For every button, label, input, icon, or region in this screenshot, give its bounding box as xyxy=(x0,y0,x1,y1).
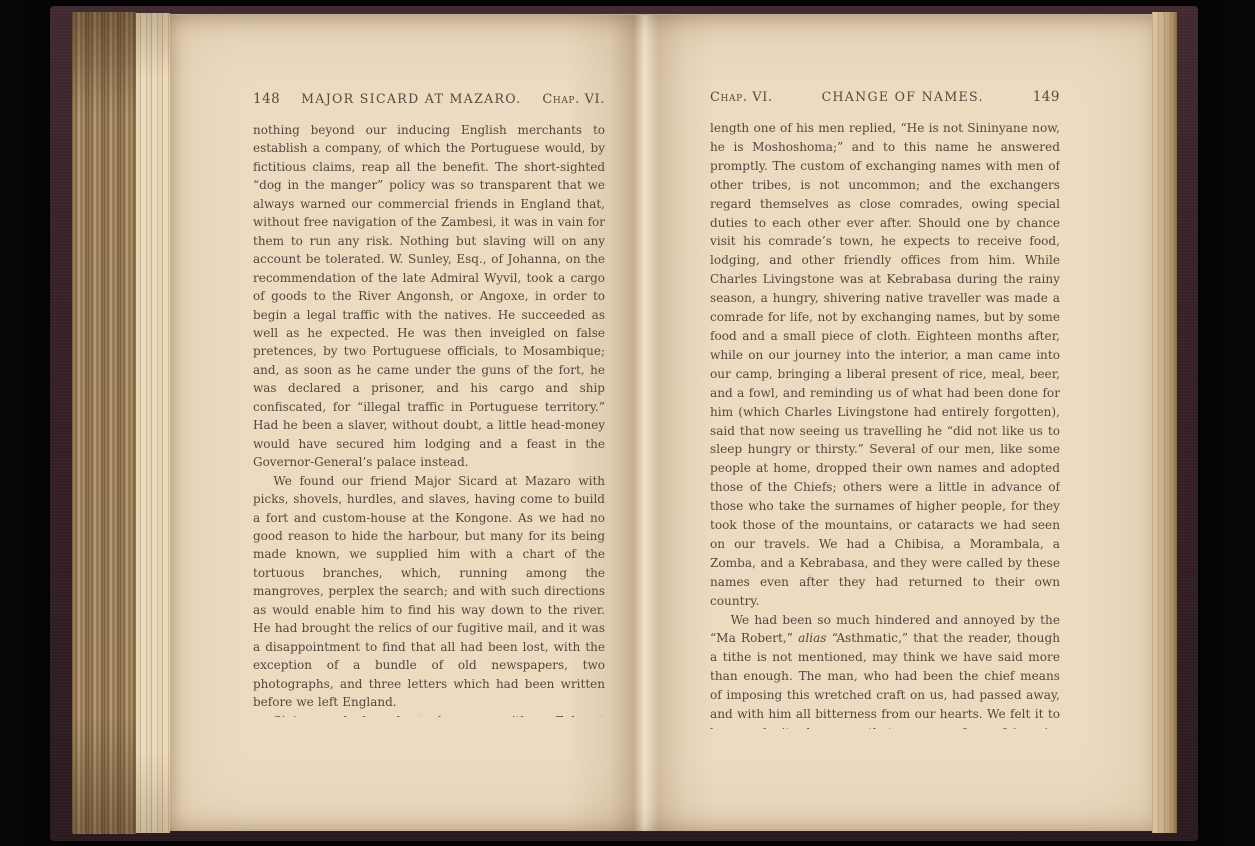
paragraph: length one of his men replied, “He is no… xyxy=(710,119,1060,611)
right-page-header: Chap. VI. CHANGE OF NAMES. 149 xyxy=(710,89,1060,105)
book-photo: 148 MAJOR SICARD AT MAZARO. Chap. VI. no… xyxy=(0,0,1255,846)
left-page-number: 148 xyxy=(253,91,280,107)
left-chapter-label: Chap. VI. xyxy=(542,92,605,107)
paragraph: We found our friend Major Sicard at Maza… xyxy=(253,472,605,712)
text-run: Sininyane had exchanged names with a Zul… xyxy=(253,714,605,718)
text-run: nothing beyond our inducing English merc… xyxy=(253,123,605,469)
right-chapter-label: Chap. VI. xyxy=(710,90,773,105)
italic-text-run: alias xyxy=(798,631,826,645)
paragraph: Sininyane had exchanged names with a Zul… xyxy=(253,712,605,718)
photo-background: { "photo": { "background_color": "#06060… xyxy=(0,0,1255,846)
page-fore-edge-right xyxy=(1152,12,1177,833)
paragraph: nothing beyond our inducing English merc… xyxy=(253,121,605,472)
open-pages: 148 MAJOR SICARD AT MAZARO. Chap. VI. no… xyxy=(170,14,1152,831)
page-stack-top-sheets-left xyxy=(136,13,170,833)
page-stack-fore-edge-left xyxy=(72,12,136,834)
right-running-title: CHANGE OF NAMES. xyxy=(822,89,984,104)
text-run: We found our friend Major Sicard at Maza… xyxy=(253,474,605,709)
left-page-header: 148 MAJOR SICARD AT MAZARO. Chap. VI. xyxy=(253,91,605,107)
left-page-text: nothing beyond our inducing English merc… xyxy=(253,121,605,717)
paragraph: We had been so much hindered and annoyed… xyxy=(710,611,1060,729)
right-page-text: length one of his men replied, “He is no… xyxy=(710,119,1060,729)
text-run: length one of his men replied, “He is no… xyxy=(710,121,1060,608)
text-run: “Asthmatic,” that the reader, though a t… xyxy=(710,631,1060,729)
right-page-number: 149 xyxy=(1033,89,1060,105)
left-running-title: MAJOR SICARD AT MAZARO. xyxy=(301,91,521,106)
